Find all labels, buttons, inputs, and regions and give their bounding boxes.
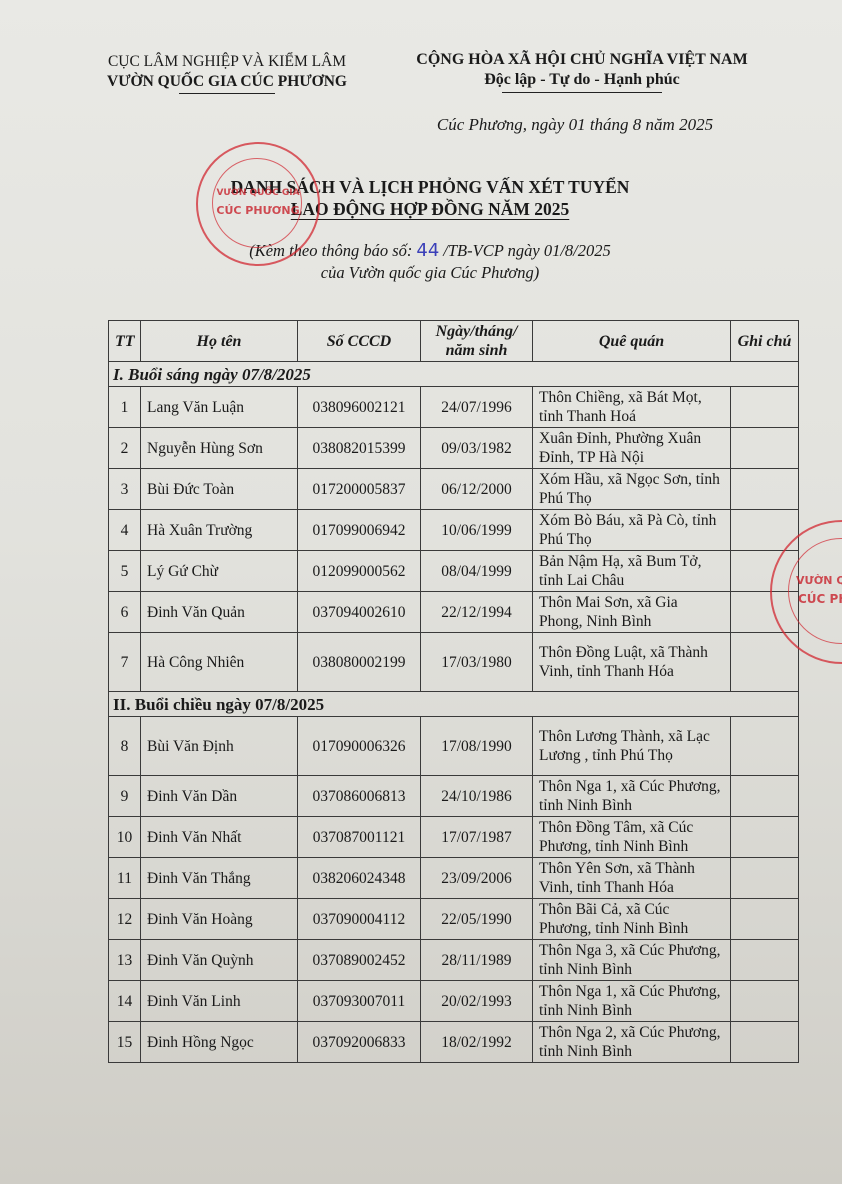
cell-name: Đinh Văn Nhất: [141, 817, 298, 858]
cell-hometown: Thôn Nga 1, xã Cúc Phương, tỉnh Ninh Bìn…: [533, 981, 731, 1022]
cell-cccd: 037094002610: [298, 592, 421, 633]
cell-cccd: 037090004112: [298, 899, 421, 940]
agency-name: VƯỜN QUỐC GIA CÚC PHƯƠNG: [82, 72, 372, 92]
cell-dob: 17/08/1990: [421, 717, 533, 776]
cell-cccd: 037087001121: [298, 817, 421, 858]
cell-dob: 17/07/1987: [421, 817, 533, 858]
table-row: 8Bùi Văn Định01709000632617/08/1990Thôn …: [109, 717, 799, 776]
interview-list-table: TT Họ tên Số CCCD Ngày/tháng/ năm sinh Q…: [108, 320, 799, 1063]
cell-name: Lang Văn Luận: [141, 387, 298, 428]
cell-note: [731, 858, 799, 899]
cell-tt: 10: [109, 817, 141, 858]
cell-note: [731, 551, 799, 592]
cell-name: Hà Xuân Trường: [141, 510, 298, 551]
col-header-tt: TT: [109, 321, 141, 362]
cell-dob: 08/04/1999: [421, 551, 533, 592]
subtitle-suffix: /TB-VCP ngày 01/8/2025: [443, 241, 610, 260]
cell-note: [731, 817, 799, 858]
cell-tt: 3: [109, 469, 141, 510]
cell-tt: 1: [109, 387, 141, 428]
cell-hometown: Thôn Đồng Luật, xã Thành Vinh, tỉnh Than…: [533, 633, 731, 692]
cell-cccd: 038206024348: [298, 858, 421, 899]
cell-cccd: 017200005837: [298, 469, 421, 510]
cell-hometown: Xuân Đỉnh, Phường Xuân Đỉnh, TP Hà Nội: [533, 428, 731, 469]
table-row: 2Nguyễn Hùng Sơn03808201539909/03/1982Xu…: [109, 428, 799, 469]
cell-dob: 23/09/2006: [421, 858, 533, 899]
cell-note: [731, 981, 799, 1022]
table-row: 1Lang Văn Luận03809600212124/07/1996Thôn…: [109, 387, 799, 428]
motto-underline: [502, 92, 662, 93]
title-line-2: LAO ĐỘNG HỢP ĐỒNG NĂM 2025: [190, 198, 670, 220]
cell-name: Đinh Hồng Ngọc: [141, 1022, 298, 1063]
cell-note: [731, 633, 799, 692]
cell-name: Đinh Văn Thắng: [141, 858, 298, 899]
table-row: 14Đinh Văn Linh03709300701120/02/1993Thô…: [109, 981, 799, 1022]
table-row: 3Bùi Đức Toàn01720000583706/12/2000Xóm H…: [109, 469, 799, 510]
cell-note: [731, 899, 799, 940]
table-row: 15Đinh Hồng Ngọc03709200683318/02/1992Th…: [109, 1022, 799, 1063]
cell-dob: 09/03/1982: [421, 428, 533, 469]
cell-note: [731, 428, 799, 469]
cell-tt: 8: [109, 717, 141, 776]
cell-tt: 14: [109, 981, 141, 1022]
col-header-hometown: Quê quán: [533, 321, 731, 362]
cell-name: Nguyễn Hùng Sơn: [141, 428, 298, 469]
cell-dob: 24/10/1986: [421, 776, 533, 817]
cell-cccd: 037089002452: [298, 940, 421, 981]
cell-dob: 10/06/1999: [421, 510, 533, 551]
cell-dob: 22/12/1994: [421, 592, 533, 633]
cell-tt: 11: [109, 858, 141, 899]
cell-note: [731, 592, 799, 633]
cell-hometown: Bản Nậm Hạ, xã Bum Tở, tỉnh Lai Châu: [533, 551, 731, 592]
table-header-row: TT Họ tên Số CCCD Ngày/tháng/ năm sinh Q…: [109, 321, 799, 362]
cell-hometown: Thôn Nga 3, xã Cúc Phương, tỉnh Ninh Bìn…: [533, 940, 731, 981]
document-title: DANH SÁCH VÀ LỊCH PHỎNG VẤN XÉT TUYỂN LA…: [190, 176, 670, 220]
cell-cccd: 037092006833: [298, 1022, 421, 1063]
col-header-name: Họ tên: [141, 321, 298, 362]
agency-parent: CỤC LÂM NGHIỆP VÀ KIỂM LÂM: [82, 52, 372, 72]
cell-cccd: 038096002121: [298, 387, 421, 428]
cell-dob: 20/02/1993: [421, 981, 533, 1022]
cell-note: [731, 717, 799, 776]
cell-tt: 12: [109, 899, 141, 940]
cell-hometown: Thôn Nga 2, xã Cúc Phương, tỉnh Ninh Bìn…: [533, 1022, 731, 1063]
cell-hometown: Thôn Đồng Tâm, xã Cúc Phương, tỉnh Ninh …: [533, 817, 731, 858]
table-row: 11Đinh Văn Thắng03820602434823/09/2006Th…: [109, 858, 799, 899]
cell-name: Đinh Văn Quản: [141, 592, 298, 633]
cell-name: Bùi Văn Định: [141, 717, 298, 776]
cell-tt: 2: [109, 428, 141, 469]
cell-cccd: 017090006326: [298, 717, 421, 776]
national-header: CỘNG HÒA XÃ HỘI CHỦ NGHĨA VIỆT NAM Độc l…: [392, 50, 772, 93]
cell-tt: 15: [109, 1022, 141, 1063]
table-row: 12Đinh Văn Hoàng03709000411222/05/1990Th…: [109, 899, 799, 940]
national-motto: Độc lập - Tự do - Hạnh phúc: [392, 70, 772, 90]
document-subtitle: (Kèm theo thông báo số:44/TB-VCP ngày 01…: [190, 240, 670, 284]
cell-cccd: 012099000562: [298, 551, 421, 592]
cell-hometown: Thôn Nga 1, xã Cúc Phương, tỉnh Ninh Bìn…: [533, 776, 731, 817]
section-row: I. Buổi sáng ngày 07/8/2025: [109, 362, 799, 387]
title-line-1: DANH SÁCH VÀ LỊCH PHỎNG VẤN XÉT TUYỂN: [190, 176, 670, 198]
cell-dob: 17/03/1980: [421, 633, 533, 692]
cell-name: Lý Gứ Chừ: [141, 551, 298, 592]
table-row: 7Hà Công Nhiên03808000219917/03/1980Thôn…: [109, 633, 799, 692]
notice-number: 44: [412, 240, 443, 261]
cell-name: Đinh Văn Dần: [141, 776, 298, 817]
cell-note: [731, 776, 799, 817]
cell-tt: 13: [109, 940, 141, 981]
subtitle-line-2: của Vườn quốc gia Cúc Phương): [190, 262, 670, 284]
cell-note: [731, 940, 799, 981]
cell-dob: 28/11/1989: [421, 940, 533, 981]
table-row: 10Đinh Văn Nhất03708700112117/07/1987Thô…: [109, 817, 799, 858]
subtitle-prefix: (Kèm theo thông báo số:: [249, 241, 412, 260]
cell-cccd: 038080002199: [298, 633, 421, 692]
cell-cccd: 038082015399: [298, 428, 421, 469]
cell-hometown: Xóm Hầu, xã Ngọc Sơn, tỉnh Phú Thọ: [533, 469, 731, 510]
cell-tt: 5: [109, 551, 141, 592]
table-row: 5Lý Gứ Chừ01209900056208/04/1999Bản Nậm …: [109, 551, 799, 592]
agency-underline: [179, 93, 275, 94]
cell-tt: 7: [109, 633, 141, 692]
cell-name: Đinh Văn Quỳnh: [141, 940, 298, 981]
section-title: I. Buổi sáng ngày 07/8/2025: [109, 362, 799, 387]
cell-hometown: Thôn Mai Sơn, xã Gia Phong, Ninh Bình: [533, 592, 731, 633]
cell-dob: 24/07/1996: [421, 387, 533, 428]
cell-note: [731, 1022, 799, 1063]
cell-cccd: 037086006813: [298, 776, 421, 817]
cell-dob: 22/05/1990: [421, 899, 533, 940]
cell-name: Bùi Đức Toàn: [141, 469, 298, 510]
table-row: 9Đinh Văn Dần03708600681324/10/1986Thôn …: [109, 776, 799, 817]
cell-hometown: Thôn Yên Sơn, xã Thành Vinh, tỉnh Thanh …: [533, 858, 731, 899]
country-name: CỘNG HÒA XÃ HỘI CHỦ NGHĨA VIỆT NAM: [392, 50, 772, 70]
place-date: Cúc Phương, ngày 01 tháng 8 năm 2025: [390, 115, 760, 135]
cell-name: Đinh Văn Linh: [141, 981, 298, 1022]
cell-tt: 4: [109, 510, 141, 551]
cell-cccd: 017099006942: [298, 510, 421, 551]
cell-hometown: Thôn Lương Thành, xã Lạc Lương , tỉnh Ph…: [533, 717, 731, 776]
cell-tt: 9: [109, 776, 141, 817]
cell-hometown: Thôn Bãi Cả, xã Cúc Phương, tỉnh Ninh Bì…: [533, 899, 731, 940]
cell-cccd: 037093007011: [298, 981, 421, 1022]
section-row: II. Buổi chiều ngày 07/8/2025: [109, 692, 799, 717]
cell-dob: 18/02/1992: [421, 1022, 533, 1063]
table-row: 6Đinh Văn Quản03709400261022/12/1994Thôn…: [109, 592, 799, 633]
cell-hometown: Xóm Bò Báu, xã Pà Cò, tỉnh Phú Thọ: [533, 510, 731, 551]
cell-tt: 6: [109, 592, 141, 633]
col-header-dob: Ngày/tháng/ năm sinh: [421, 321, 533, 362]
cell-note: [731, 469, 799, 510]
cell-dob: 06/12/2000: [421, 469, 533, 510]
section-title: II. Buổi chiều ngày 07/8/2025: [109, 692, 799, 717]
cell-name: Đinh Văn Hoàng: [141, 899, 298, 940]
cell-note: [731, 387, 799, 428]
table-row: 13Đinh Văn Quỳnh03708900245228/11/1989Th…: [109, 940, 799, 981]
col-header-cccd: Số CCCD: [298, 321, 421, 362]
cell-hometown: Thôn Chiềng, xã Bát Mọt, tỉnh Thanh Hoá: [533, 387, 731, 428]
issuing-agency: CỤC LÂM NGHIỆP VÀ KIỂM LÂM VƯỜN QUỐC GIA…: [82, 52, 372, 94]
cell-name: Hà Công Nhiên: [141, 633, 298, 692]
col-header-note: Ghi chú: [731, 321, 799, 362]
cell-note: [731, 510, 799, 551]
table-row: 4Hà Xuân Trường01709900694210/06/1999Xóm…: [109, 510, 799, 551]
